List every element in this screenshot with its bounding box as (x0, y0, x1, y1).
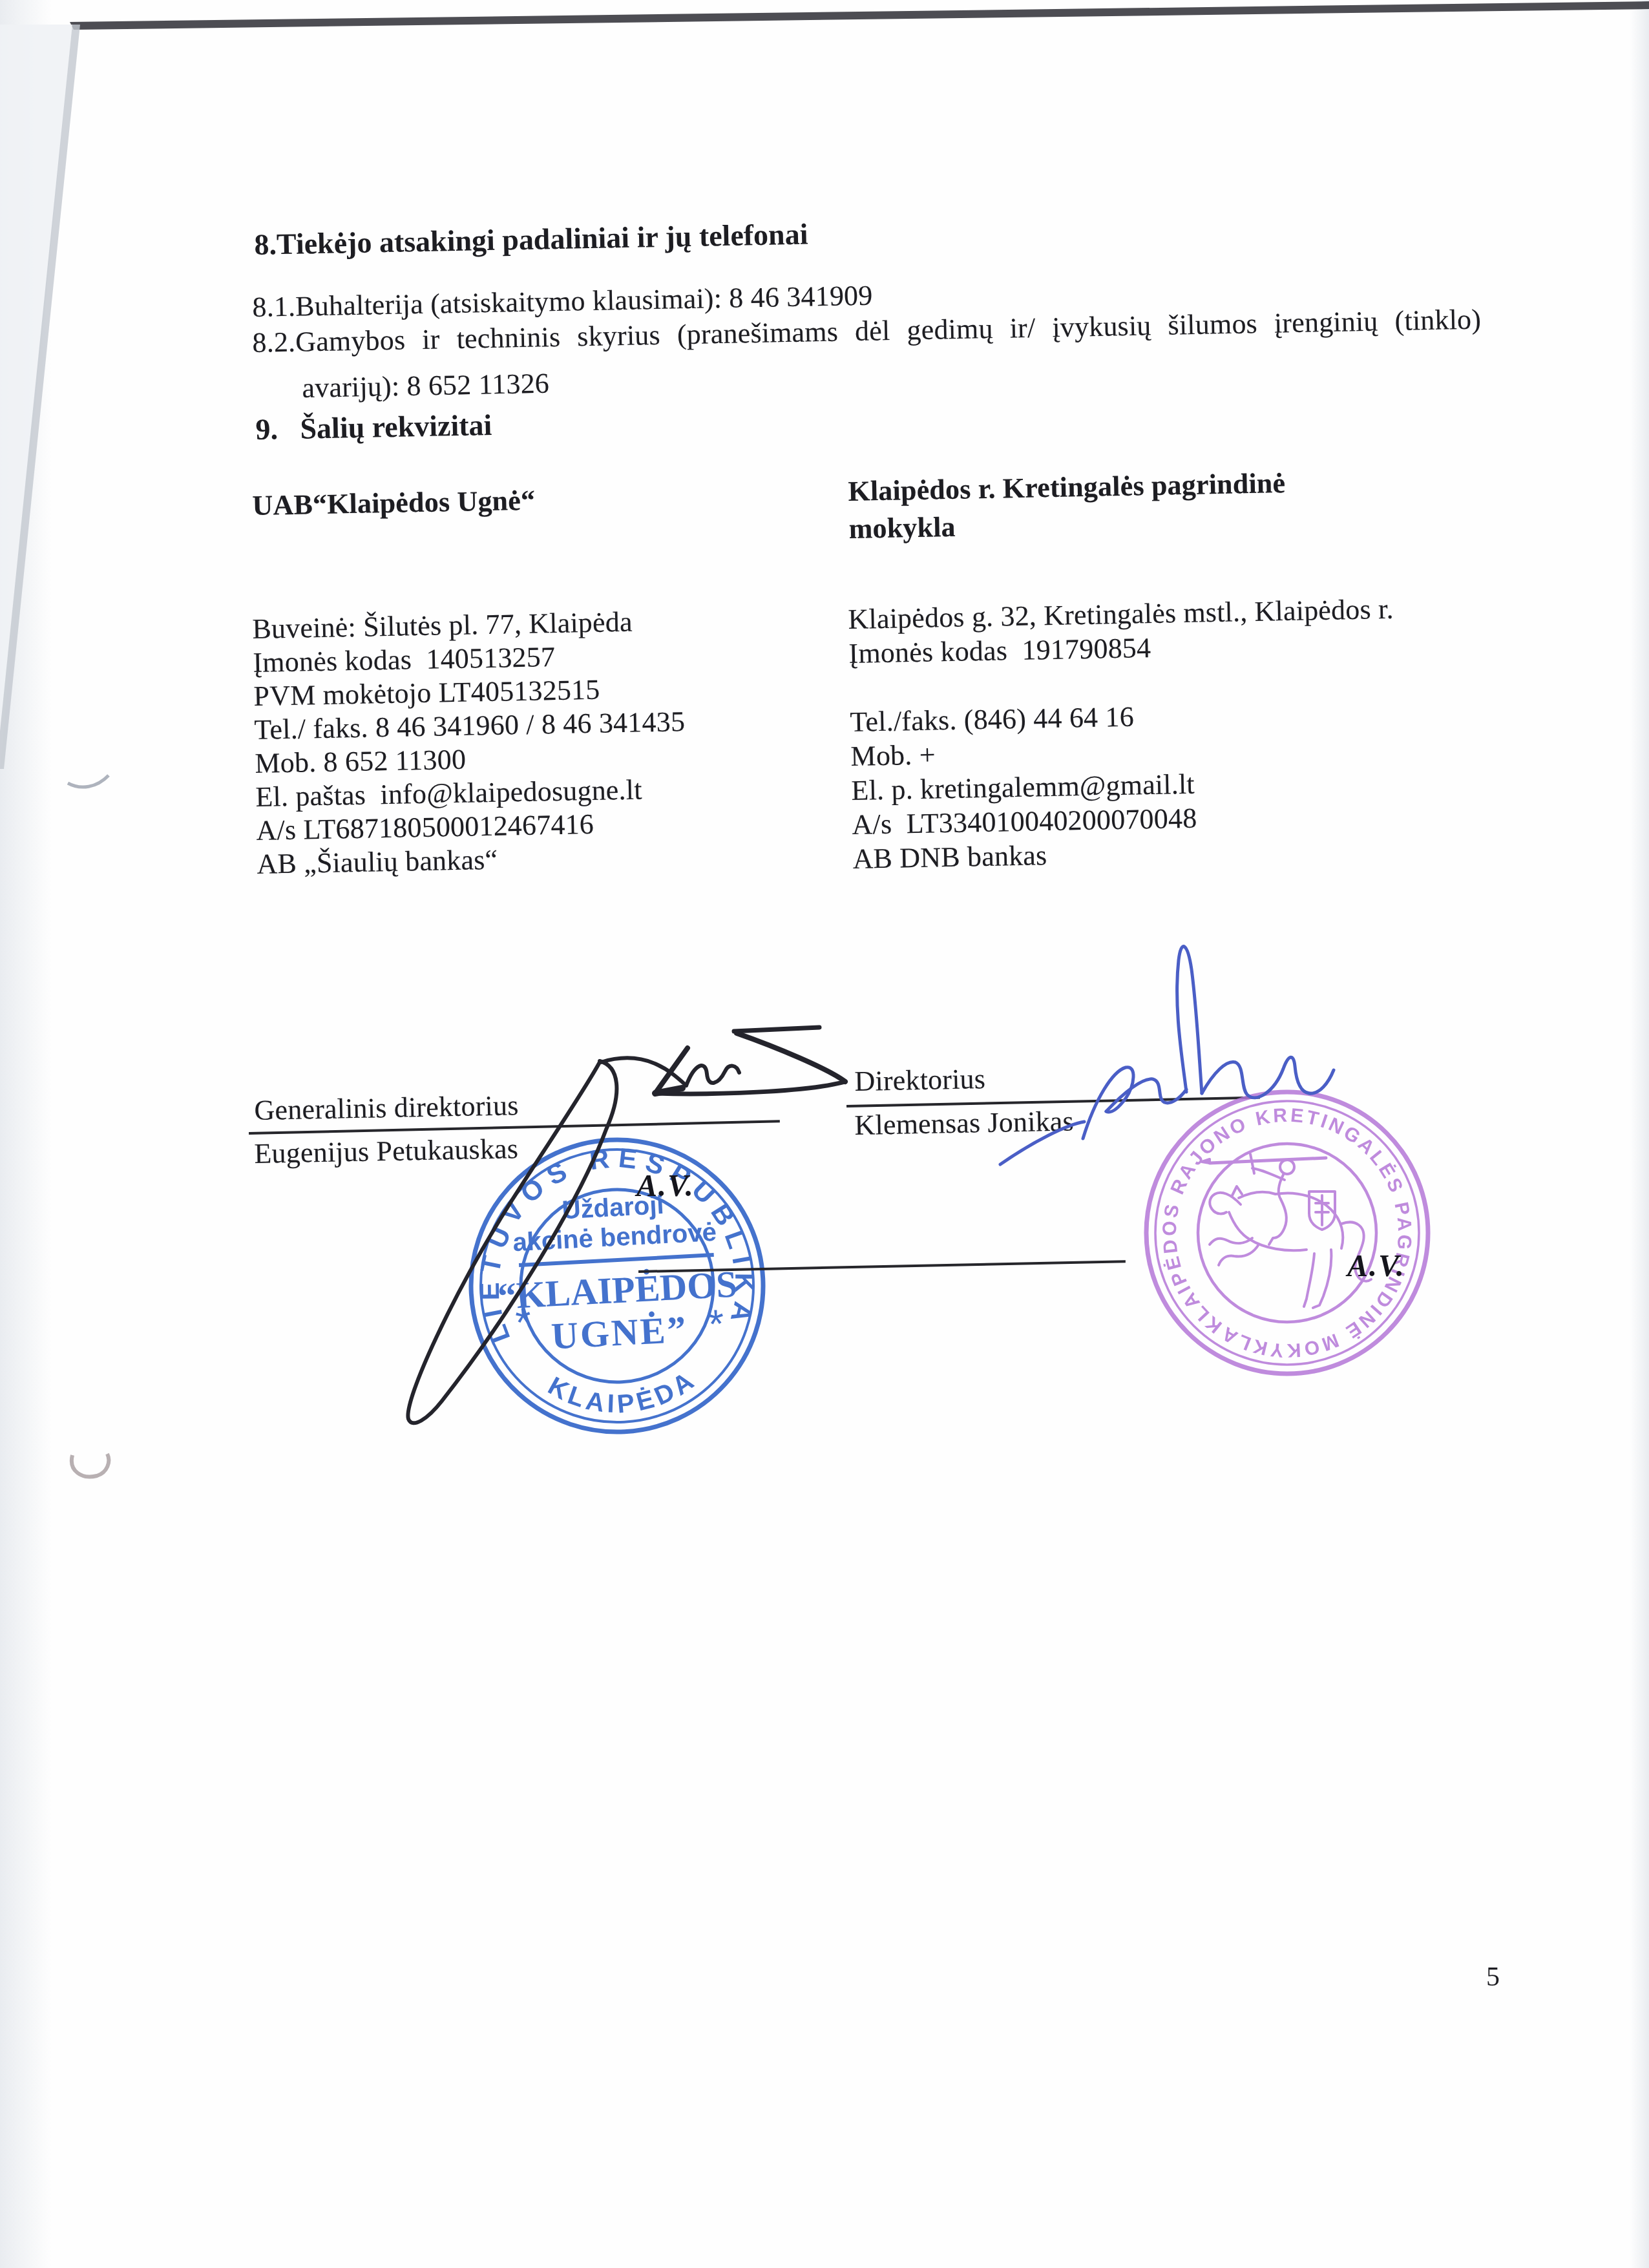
margin-smudge-mark (72, 1454, 109, 1476)
section8-line-8-2-cont: avarijų): 8 652 11326 (302, 367, 550, 404)
stamp-outer-ring (1146, 1092, 1428, 1374)
stamp-star-right: * (708, 1301, 726, 1347)
right-av-mark: A.V. (1347, 1248, 1405, 1284)
stamp-center-line4: UGNĖ” (550, 1308, 689, 1357)
section9-heading: 9. Šalių rekvizitai (255, 408, 492, 446)
left-av-mark: A.V. (636, 1168, 695, 1204)
svg-text:KLAIPĖDA: KLAIPĖDA (542, 1364, 704, 1423)
scanned-document-page: 8.Tiekėjo atsakingi padaliniai ir jų tel… (0, 0, 1649, 2268)
vytis-horseman-icon (1202, 1154, 1371, 1308)
stamp-ring-text: KLAIPĖDOS RAJONO KRETINGALĖS PAGRINDINĖ … (1126, 1071, 1415, 1361)
stamp-bottom-text: KLAIPĖDA (542, 1364, 704, 1423)
blue-round-stamp: LIETUVOS RESPUBLIKA KLAIPĖDA * * Uždaroj… (441, 1109, 794, 1463)
purple-round-stamp: KLAIPĖDOS RAJONO KRETINGALĖS PAGRINDINĖ … (1126, 1071, 1449, 1394)
page-number: 5 (1486, 1962, 1500, 1993)
scan-left-edge-shadow (0, 0, 52, 2268)
scan-right-edge-shadow (1630, 0, 1649, 2268)
party-right-name: Klaipėdos r. Kretingalės pagrindinė moky… (848, 467, 1287, 545)
right-signature-name: Klemensas Jonikas (854, 1104, 1074, 1142)
party-left-name: UAB“Klaipėdos Ugnė“ (252, 484, 536, 522)
svg-text:KLAIPĖDOS RAJONO KRETINGALĖS P: KLAIPĖDOS RAJONO KRETINGALĖS PAGRINDINĖ … (1126, 1071, 1415, 1361)
party-right-details: Klaipėdos g. 32, Kretingalės mstl., Klai… (848, 593, 1398, 877)
party-left-details: Buveinė: Šilutės pl. 77, Klaipėda Įmonės… (252, 604, 688, 881)
stamp-middle-ring (1155, 1101, 1419, 1365)
stamp-divider-line (519, 1255, 714, 1265)
right-signature-title: Direktorius (854, 1062, 986, 1098)
section8-heading: 8.Tiekėjo atsakingi padaliniai ir jų tel… (254, 217, 808, 262)
margin-squiggle-mark (68, 775, 109, 787)
left-signature-title: Generalinis direktorius (254, 1089, 519, 1127)
stamp-inner-ring (1198, 1144, 1376, 1322)
scan-top-edge-line (70, 1, 1649, 30)
